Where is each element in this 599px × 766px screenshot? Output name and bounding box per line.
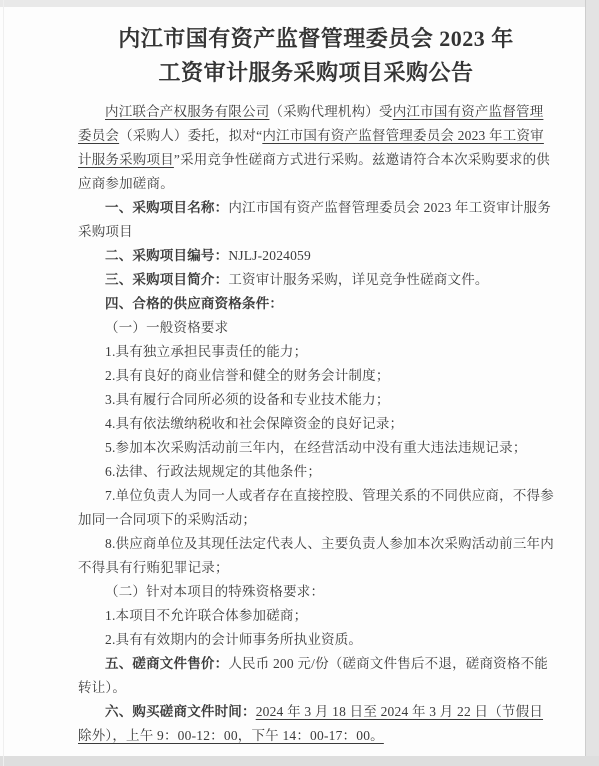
general-requirement-item: 6.法律、行政法规规定的其他条件； [78,460,554,484]
special-requirement-item: 1.本项目不允许联合体参加磋商； [78,604,554,628]
scan-edge-bottom [0,756,599,766]
section-one-label: 一、采购项目名称： [105,200,228,215]
section-three-label: 三、采购项目简介： [105,272,228,287]
scan-edge-right [585,0,599,766]
scanned-document-page: 内江市国有资产监督管理委员会 2023 年 工资审计服务采购项目采购公告 内江联… [0,0,599,766]
intro-text-after-agency: （采购代理机构）受 [269,104,392,119]
section-five-label: 五、磋商文件售价： [105,656,228,671]
general-requirement-item: 7.单位负责人为同一人或者存在直接控股、管理关系的不同供应商，不得参加同一合同项… [78,484,554,532]
special-requirement-item: 2.具有有效期内的会计师事务所执业资质。 [78,628,554,652]
scan-edge-left [3,0,4,766]
general-requirement-item: 3.具有履行合同所必须的设备和专业技术能力； [78,388,554,412]
section-qualification-heading: 四、合格的供应商资格条件： [78,292,554,316]
general-requirement-item: 1.具有独立承担民事责任的能力； [78,340,554,364]
agency-name: 内江联合产权服务有限公司 [105,104,269,119]
general-requirement-item: 5.参加本次采购活动前三年内，在经营活动中没有重大违法违规记录； [78,436,554,460]
general-requirement-item: 2.具有良好的商业信誉和健全的财务会计制度； [78,364,554,388]
section-project-name: 一、采购项目名称：内江市国有资产监督管理委员会 2023 年工资审计服务采购项目 [78,196,554,244]
section-two-value: NJLJ-2024059 [228,248,311,263]
section-four-label: 四、合格的供应商资格条件： [105,296,283,311]
section-document-price: 五、磋商文件售价：人民币 200 元/份（磋商文件售后不退，磋商资格不能转让）。 [78,652,554,700]
title-line-2: 工资审计服务采购项目采购公告 [78,56,554,90]
title-line-1: 内江市国有资产监督管理委员会 2023 年 [78,22,554,56]
section-three-value: 工资审计服务采购，详见竞争性磋商文件。 [228,272,488,287]
scan-edge-top [0,0,599,7]
section-purchase-time: 六、购买磋商文件时间：2024 年 3 月 18 日至 2024 年 3 月 2… [78,700,554,748]
section-project-number: 二、采购项目编号：NJLJ-2024059 [78,244,554,268]
intro-text-after-buyer: （采购人）委托，拟对“ [119,128,262,143]
section-six-label: 六、购买磋商文件时间： [105,704,256,719]
special-requirements-header: （二）针对本项目的特殊资格要求： [78,580,554,604]
section-two-label: 二、采购项目编号： [105,248,228,263]
section-project-brief: 三、采购项目简介：工资审计服务采购，详见竞争性磋商文件。 [78,268,554,292]
general-requirement-item: 8.供应商单位及其现任法定代表人、主要负责人参加本次采购活动前三年内不得具有行贿… [78,532,554,580]
general-requirements-header: （一）一般资格要求 [78,316,554,340]
general-requirement-item: 4.具有依法缴纳税收和社会保障资金的良好记录； [78,412,554,436]
intro-paragraph: 内江联合产权服务有限公司（采购代理机构）受内江市国有资产监督管理委员会（采购人）… [78,100,554,196]
document-body: 内江市国有资产监督管理委员会 2023 年 工资审计服务采购项目采购公告 内江联… [78,16,554,748]
document-title: 内江市国有资产监督管理委员会 2023 年 工资审计服务采购项目采购公告 [78,22,554,90]
